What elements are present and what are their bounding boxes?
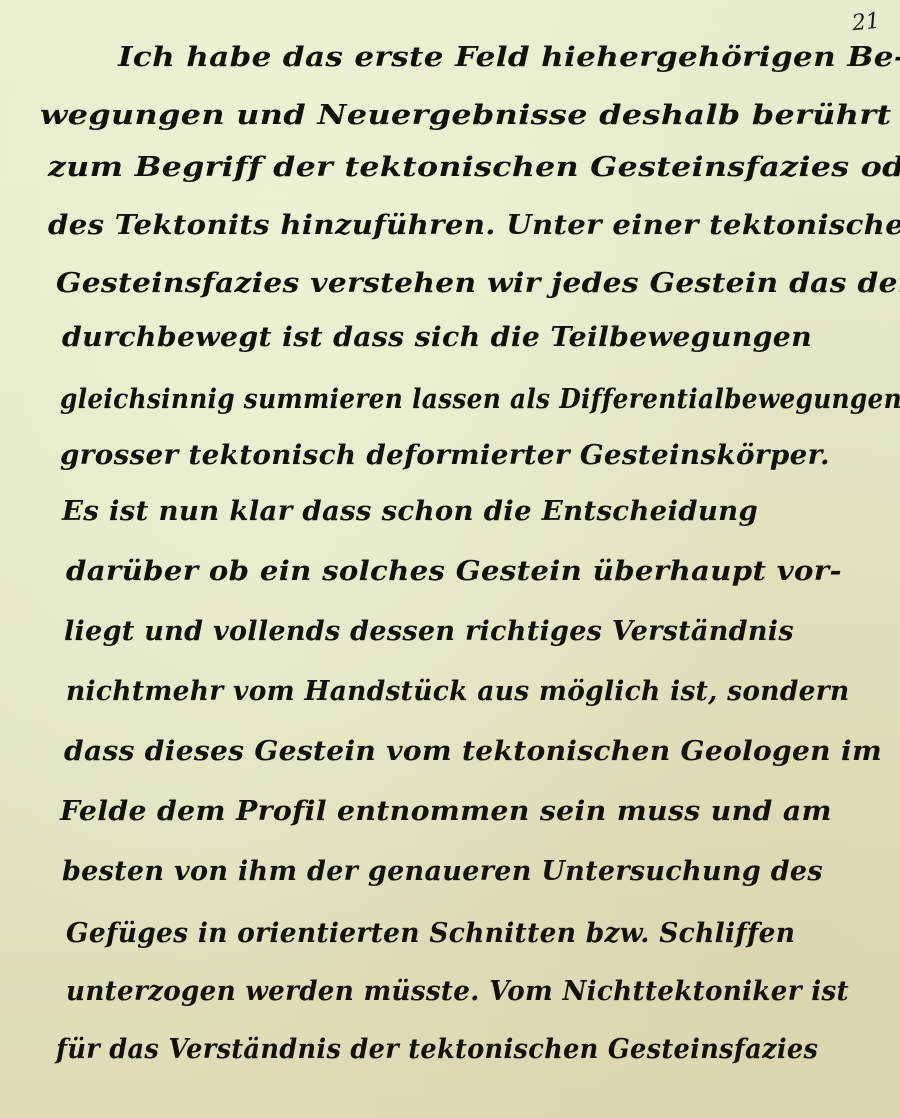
manuscript-page: 21 Ich habe das erste Feld hiehergehörig… [0, 0, 900, 1118]
manuscript-line-5: Gesteinsfazies verstehen wir jedes Geste… [56, 268, 900, 299]
manuscript-line-16: Gefüges in orientierten Schnitten bzw. S… [66, 918, 795, 949]
manuscript-line-9: Es ist nun klar dass schon die Entscheid… [62, 496, 758, 527]
manuscript-line-10: darüber ob ein solches Gestein überhaupt… [66, 556, 842, 587]
manuscript-line-17: unterzogen werden müsste. Vom Nichttekto… [66, 976, 849, 1007]
manuscript-line-7: gleichsinnig summieren lassen als Differ… [60, 384, 900, 415]
manuscript-line-13: dass dieses Gestein vom tektonischen Geo… [64, 736, 882, 767]
manuscript-line-15: besten von ihm der genaueren Untersuchun… [62, 856, 823, 887]
manuscript-line-8: grosser tektonisch deformierter Gesteins… [60, 440, 830, 471]
manuscript-line-4: des Tektonits hinzuführen. Unter einer t… [48, 210, 900, 241]
manuscript-line-12: nichtmehr vom Handstück aus möglich ist,… [66, 676, 850, 707]
manuscript-line-3: zum Begriff der tektonischen Gesteinsfaz… [48, 152, 900, 183]
manuscript-line-2: wegungen und Neuergebnisse deshalb berüh… [40, 100, 900, 131]
manuscript-line-18: für das Verständnis der tektonischen Ges… [56, 1034, 818, 1065]
manuscript-line-11: liegt und vollends dessen richtiges Vers… [64, 616, 794, 647]
manuscript-line-1: Ich habe das erste Feld hiehergehörigen … [118, 42, 900, 73]
manuscript-line-6: durchbewegt ist dass sich die Teilbewegu… [62, 322, 812, 353]
page-number: 21 [851, 9, 881, 37]
manuscript-line-14: Felde dem Profil entnommen sein muss und… [60, 796, 832, 827]
